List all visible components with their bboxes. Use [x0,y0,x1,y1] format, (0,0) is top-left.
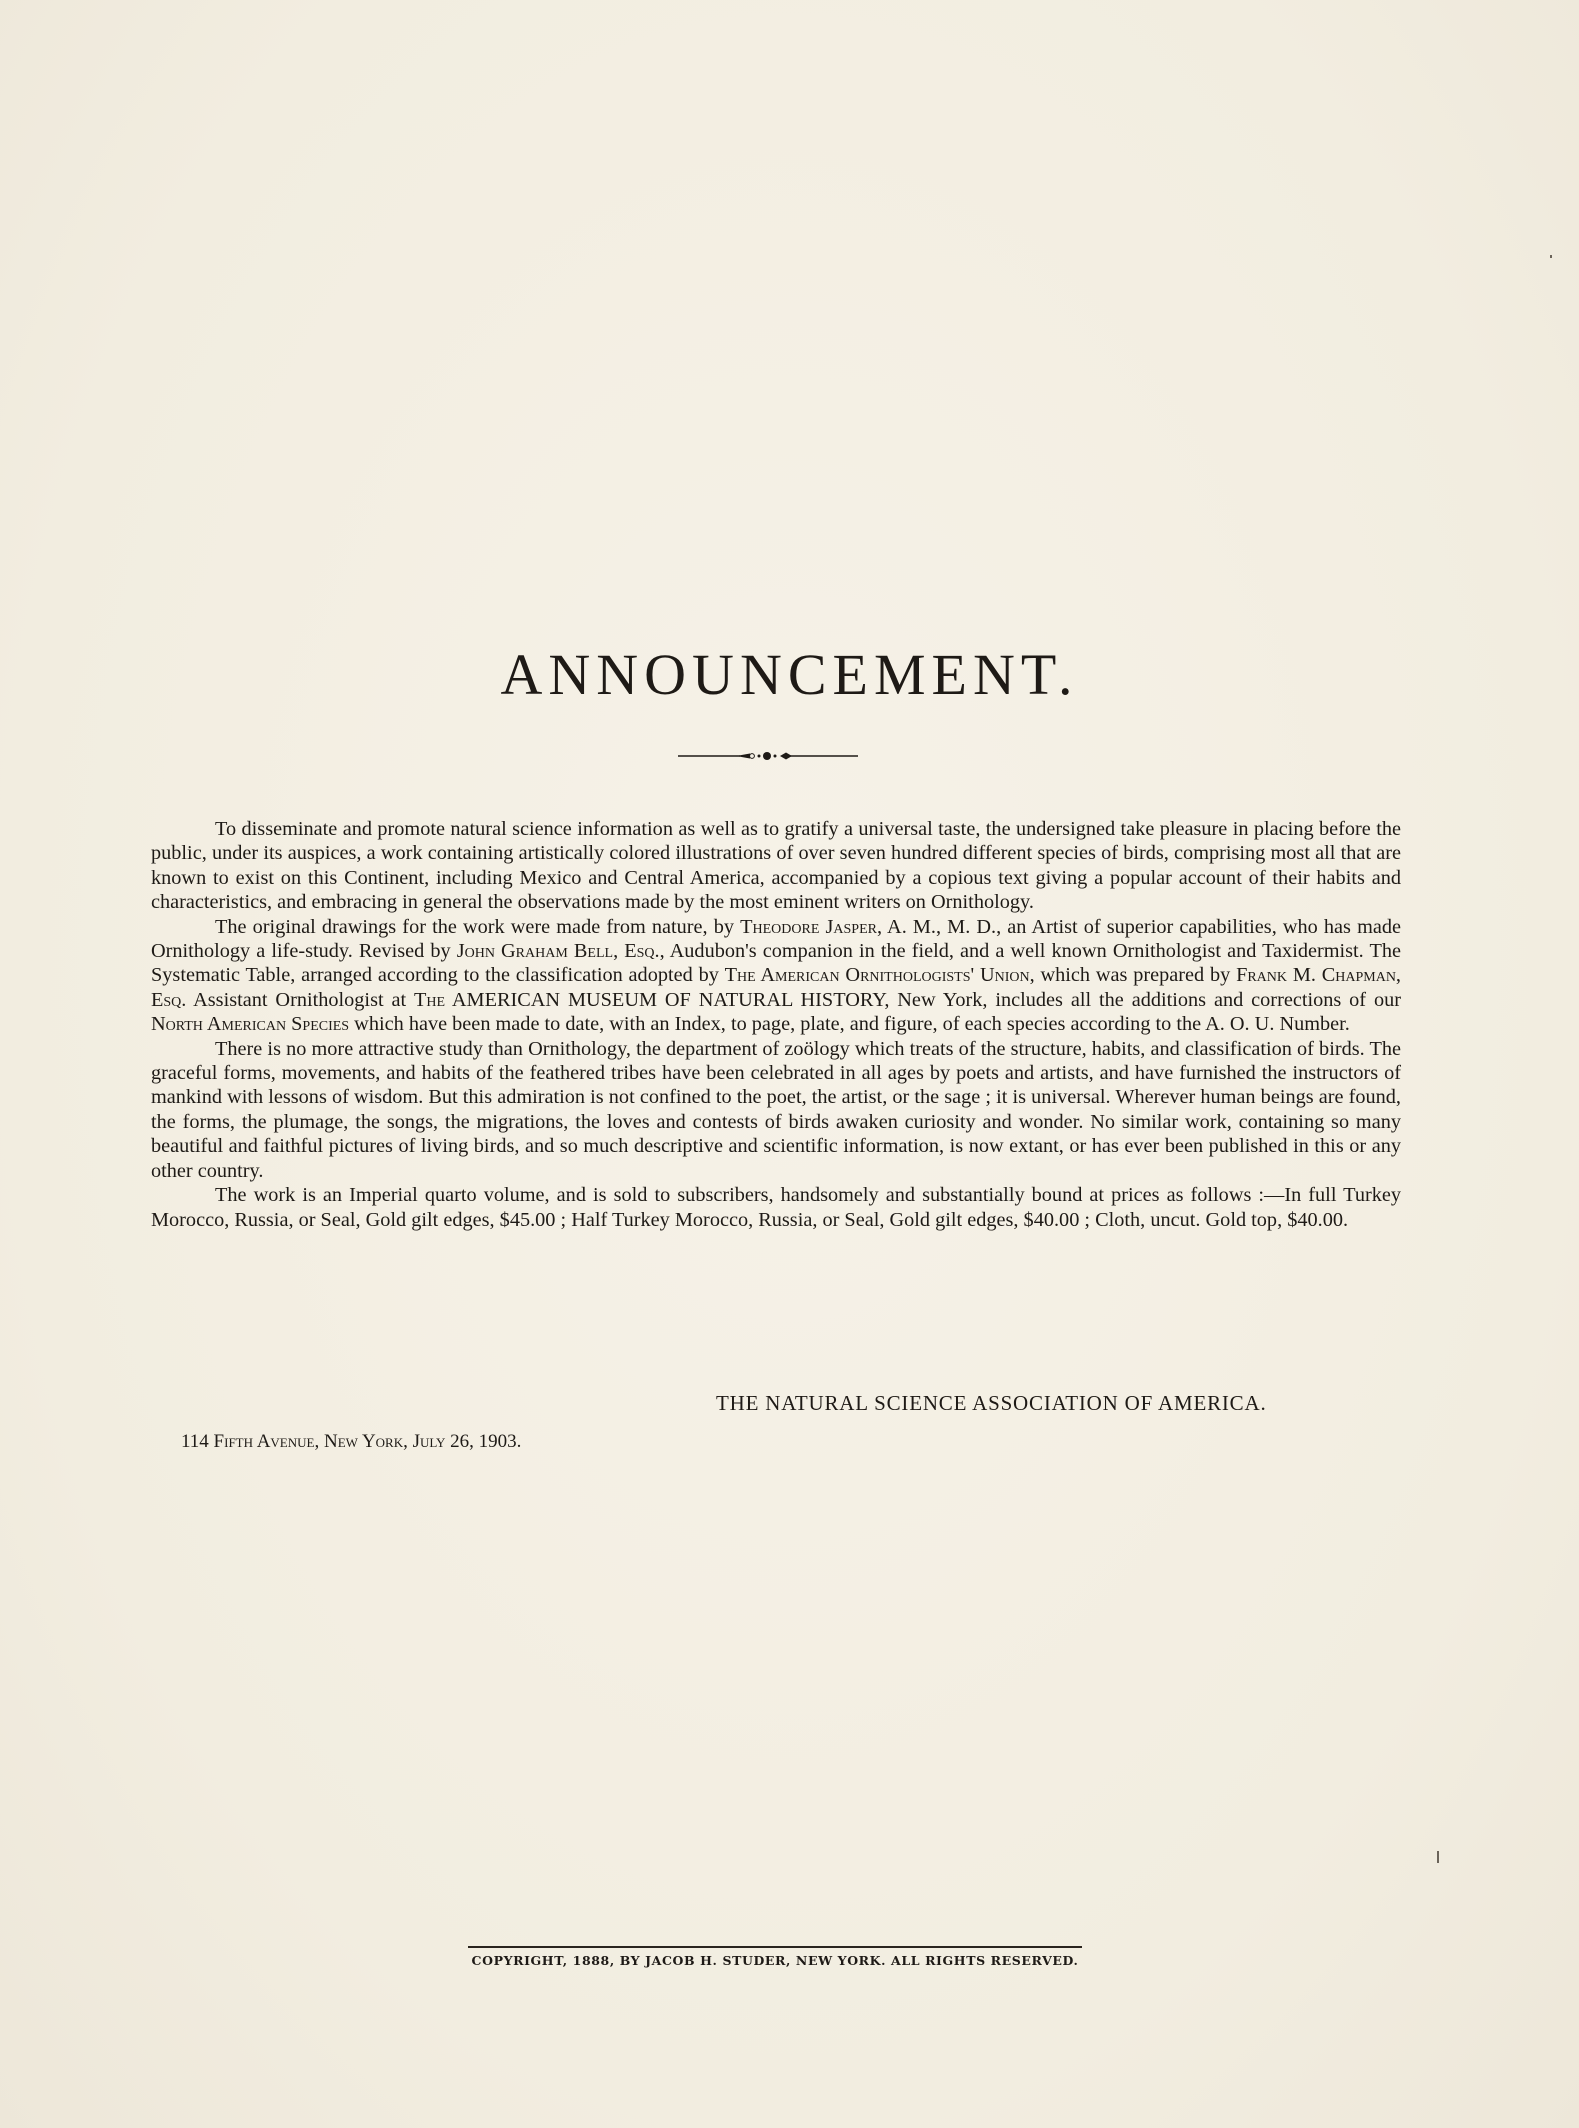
body-paragraph: The work is an Imperial quarto volume, a… [151,1183,1401,1232]
small-caps-name: Theodore Jasper [740,916,877,938]
body-paragraph: The original drawings for the work were … [151,915,1401,1037]
body-paragraph: There is no more attractive study than O… [151,1037,1401,1183]
address-dateline: 114 Fifth Avenue, New York, July 26, 190… [181,1431,521,1453]
paragraph-text: To disseminate and promote natural scien… [151,818,1401,913]
paragraph-text: The original drawings for the work were … [215,916,740,938]
body-paragraph: To disseminate and promote natural scien… [151,817,1401,915]
small-caps-name: North American Species [151,1013,349,1035]
announcement-body: To disseminate and promote natural scien… [151,817,1401,1232]
footer-divider [468,1946,1082,1948]
paper-speck [1550,255,1552,258]
decorative-rule-ornament-icon [678,748,858,764]
signature: THE NATURAL SCIENCE ASSOCIATION OF AMERI… [716,1391,1267,1416]
paragraph-text: The work is an Imperial quarto volume, a… [151,1184,1401,1230]
paragraph-text: AMERICAN MUSEUM OF NATURAL HISTORY, New … [445,989,1401,1011]
paper-speck [1437,1851,1439,1863]
small-caps-name: The [414,989,445,1011]
paragraph-text: Assistant Ornithologist at [186,989,414,1011]
page-title: ANNOUNCEMENT. [0,640,1579,710]
paragraph-text: There is no more attractive study than O… [151,1038,1401,1182]
paragraph-text: which have been made to date, with an In… [349,1013,1350,1035]
document-page: ANNOUNCEMENT. To disseminate and promote… [0,0,1579,2128]
copyright-notice: Copyright, 1888, by Jacob H. Studer, New… [468,1953,1082,1968]
small-caps-name: The American Ornithologists' Union [725,964,1030,986]
small-caps-name: John Graham Bell, Esq. [457,940,660,962]
paragraph-text: , which was prepared by [1030,964,1236,986]
